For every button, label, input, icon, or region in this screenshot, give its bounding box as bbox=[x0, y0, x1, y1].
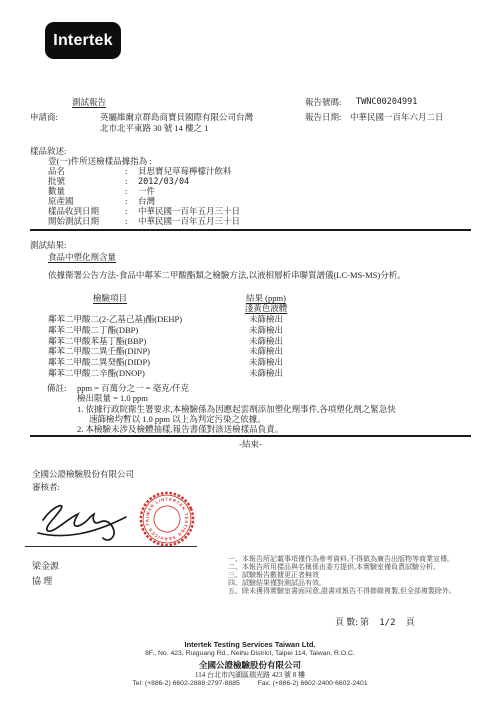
page-number-value: 1/2 bbox=[379, 618, 395, 628]
sample-field-row: 數量:一件 bbox=[48, 186, 155, 196]
remark-note-1: ppm = 百萬分之一 = 毫克/仟克 bbox=[77, 383, 189, 393]
field-separator: : bbox=[125, 186, 138, 196]
remarks-label: 備註: bbox=[47, 383, 66, 393]
company-stamp-text: INTERTEK TESTING SERVICES TAIWAN LTD • bbox=[138, 490, 196, 548]
sample-field-label: 開始測試日期 bbox=[48, 216, 125, 226]
test-item-name: 鄰苯二甲酸苯基丁酯(BBP) bbox=[48, 336, 146, 346]
field-separator: : bbox=[125, 196, 138, 206]
test-result-value: 未篩檢出 bbox=[230, 357, 302, 367]
footer-company-en: Intertek Testing Services Taiwan Ltd. bbox=[0, 640, 500, 649]
report-date-value: 中華民國一百年六月二日 bbox=[350, 112, 444, 122]
remark-item-1-line-1: 1. 依據行政院衛生署要求,本檢驗係為因應起雲劑添加塑化劑事件,各項塑化劑之緊急… bbox=[77, 404, 396, 414]
end-mark: -結束- bbox=[30, 439, 471, 449]
sample-appearance: 淺黃色液體 bbox=[230, 303, 302, 313]
signoff-company-name: 全國公證檢驗股份有限公司 bbox=[32, 469, 134, 479]
reviewer-signature bbox=[33, 492, 133, 547]
page-number-prefix: 頁 數: 第 bbox=[335, 617, 369, 627]
test-report-page: Intertek 測試報告 報告號碼: TWNC00204991 申請商: 英屬… bbox=[0, 0, 500, 708]
intertek-logo-text: Intertek bbox=[53, 32, 112, 50]
company-stamp: INTERTEK TESTING SERVICES TAIWAN LTD • bbox=[138, 490, 196, 548]
applicant-label: 申請商: bbox=[30, 112, 58, 122]
results-section-title: 測試結果: bbox=[30, 240, 66, 250]
section-divider-top bbox=[30, 229, 471, 231]
field-separator: : bbox=[125, 176, 138, 186]
sample-field-row: 開始測試日期:中華民國一百年五月三十日 bbox=[48, 216, 240, 226]
disclaimer-line: 三、試驗報告數據更正者無效 bbox=[228, 572, 319, 580]
test-result-value: 未篩檢出 bbox=[230, 368, 302, 378]
sample-section-title: 樣品敘述: bbox=[30, 146, 66, 156]
sample-field-value: 中華民國一百年五月三十日 bbox=[138, 206, 240, 216]
svg-text:INTERTEK TESTING SERVICES TAIW: INTERTEK TESTING SERVICES TAIWAN LTD • bbox=[138, 490, 196, 548]
footer-address-en: 8F., No. 423, Ruiguang Rd., Neihu Distri… bbox=[0, 650, 500, 657]
test-result-value: 未篩檢出 bbox=[230, 314, 302, 324]
doc-title: 測試報告 bbox=[72, 97, 106, 107]
sample-field-value: 台灣 bbox=[138, 196, 155, 206]
applicant-address: 北市北平東路 30 號 14 樓之 1 bbox=[100, 123, 208, 133]
intertek-logo: Intertek bbox=[45, 22, 121, 59]
column-header-item: 檢驗項目 bbox=[93, 293, 127, 303]
remark-note-2: 檢出限量 = 1.0 ppm bbox=[77, 393, 148, 403]
sample-field-label: 品名 bbox=[48, 166, 125, 176]
test-item-name: 鄰苯二甲酸二丁酯(DBP) bbox=[48, 325, 138, 335]
test-result-value: 未篩檢出 bbox=[230, 336, 302, 346]
report-number-value: TWNC00204991 bbox=[356, 97, 417, 107]
disclaimer-line: 五、除未獲得實驗室書面同意,證書或報告不得節錄複製,但全部複製除外。 bbox=[228, 588, 456, 596]
footer-fax: Fax: (+886-2) 6602-2400‧6602-2401 bbox=[258, 680, 368, 687]
field-separator: : bbox=[125, 216, 138, 226]
test-item-name: 鄰苯二甲酸二辛酯(DNOP) bbox=[48, 368, 145, 378]
signer-name: 梁金源 bbox=[32, 561, 59, 571]
report-number-label: 報告號碼: bbox=[305, 97, 341, 107]
footer-contact: Tel: (+886-2) 6602-2888‧2797-8885 Fax: (… bbox=[0, 679, 500, 687]
sample-field-value: 中華民國一百年五月三十日 bbox=[138, 216, 240, 226]
sample-field-label: 批號 bbox=[48, 176, 125, 186]
method-description: 依據衛署公告方法-食品中鄰苯二甲酸酯類之檢驗方法,以液相層析串聯質譜儀(LC-M… bbox=[48, 270, 406, 280]
column-header-result: 結果 (ppm) bbox=[230, 293, 302, 303]
applicant-name: 英屬維爾京群島商寶貝國際有限公司台灣 bbox=[100, 112, 253, 122]
field-separator: : bbox=[125, 166, 138, 176]
test-item-name: 鄰苯二甲酸二異壬酯(DINP) bbox=[48, 346, 150, 356]
remark-item-1-line-2: 速篩檢均暫以 1.0 ppm 以上為判定污染之依據。 bbox=[89, 414, 266, 424]
disclaimer-line: 四、試驗結果僅對測試品有效。 bbox=[228, 580, 326, 588]
footer-tel: Tel: (+886-2) 6602-2888‧2797-8885 bbox=[132, 680, 239, 687]
test-item-name: 鄰苯二甲酸二異癸酯(DIDP) bbox=[48, 357, 150, 367]
signer-title: 協 理 bbox=[32, 576, 52, 586]
remark-item-2: 2. 本檢驗未涉及檢體抽樣,報告書僅對該送檢樣品負責。 bbox=[77, 424, 283, 434]
test-result-value: 未篩檢出 bbox=[230, 346, 302, 356]
sample-field-row: 樣品收到日期:中華民國一百年五月三十日 bbox=[48, 206, 240, 216]
page-number: 頁 數: 第 1/2 頁 bbox=[335, 617, 415, 628]
test-result-value: 未篩檢出 bbox=[230, 325, 302, 335]
sample-intro: 壹(一)件所送檢樣品據指為 : bbox=[48, 156, 152, 166]
reviewer-label: 審核者: bbox=[32, 482, 60, 492]
report-date-label: 報告日期: bbox=[305, 112, 341, 122]
section-divider-bottom bbox=[30, 435, 471, 437]
signature-divider bbox=[25, 546, 197, 547]
sample-field-value: 貝思寶兒草莓檸檬汁飲料 bbox=[138, 166, 232, 176]
test-item-name: 鄰苯二甲酸二(2-乙基己基)酯(DEHP) bbox=[48, 314, 182, 324]
field-separator: : bbox=[125, 206, 138, 216]
sample-field-value: 一件 bbox=[138, 186, 155, 196]
disclaimer-line: 一、本報告所記載事項僅作為參考資料,不得做為廣告出版物等商業宣傳。 bbox=[228, 556, 454, 564]
sample-field-label: 原產國 bbox=[48, 196, 125, 206]
sample-field-label: 樣品收到日期 bbox=[48, 206, 125, 216]
results-subsection-title: 食品中塑化劑含量 bbox=[48, 252, 116, 262]
sample-field-row: 品名:貝思寶兒草莓檸檬汁飲料 bbox=[48, 166, 232, 176]
disclaimer-line: 二、本報告所用樣品與名稱係由委方提供,本實驗室僅負責試驗分析。 bbox=[228, 564, 440, 572]
sample-field-label: 數量 bbox=[48, 186, 125, 196]
page-number-suffix: 頁 bbox=[406, 617, 415, 627]
sample-field-row: 原產國:台灣 bbox=[48, 196, 155, 206]
